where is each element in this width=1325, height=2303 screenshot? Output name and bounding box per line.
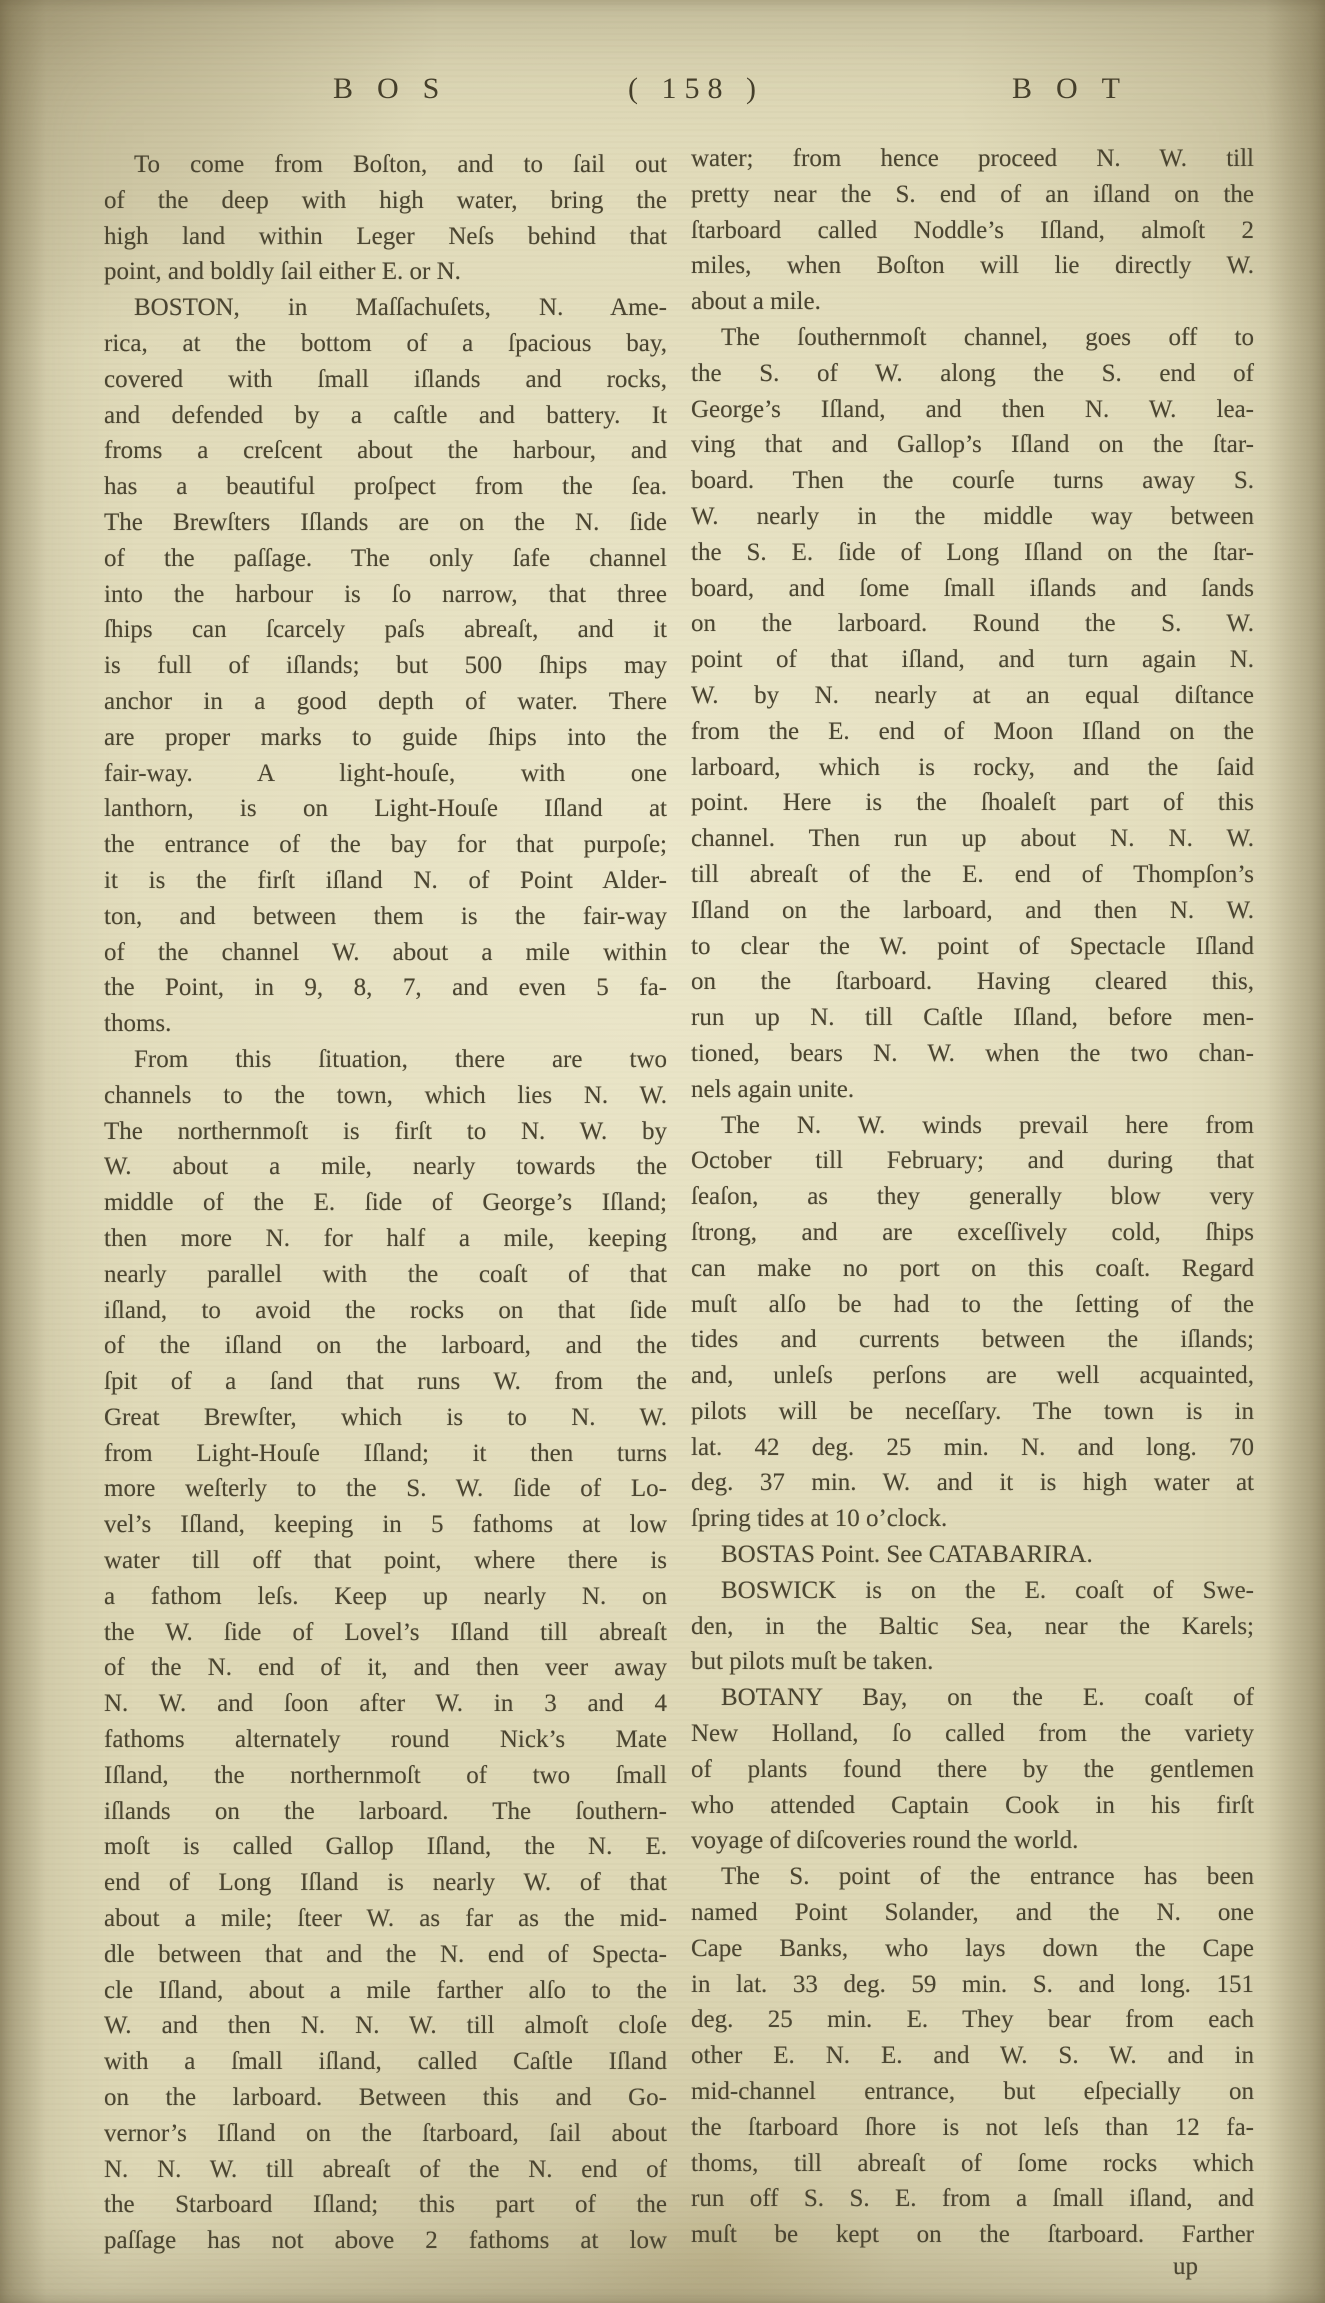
text-line: of the paſſage. The only ſafe channel <box>104 541 667 577</box>
text-line: of the channel W. about a mile within <box>104 935 667 971</box>
text-line: The ſouthernmoſt channel, goes off to <box>691 320 1254 356</box>
text-line: on the larboard. Round the S. W. <box>691 606 1254 642</box>
text-line: from the E. end of Moon Iſland on the <box>691 714 1254 750</box>
text-line: the S. of W. along the S. end of <box>691 356 1254 392</box>
text-line: water; from hence proceed N. W. till <box>691 141 1254 177</box>
text-line: pretty near the S. end of an iſland on t… <box>691 177 1254 213</box>
text-line: tides and currents between the iſlands; <box>691 1322 1254 1358</box>
text-line: who attended Captain Cook in his firſt <box>691 1788 1254 1824</box>
text-line: point. Here is the ſhoaleſt part of this <box>691 785 1254 821</box>
text-line: other E. N. E. and W. S. W. and in <box>691 2038 1254 2074</box>
text-line: it is the firſt iſland N. of Point Alder… <box>104 863 667 899</box>
book-page: BOS ( 158 ) BOT To come from Boſton, and… <box>0 0 1325 2303</box>
text-line: on the ſtarboard. Having cleared this, <box>691 964 1254 1000</box>
text-line: lanthorn, is on Light-Houſe Iſland at <box>104 791 667 827</box>
text-line: muſt alſo be had to the ſetting of the <box>691 1287 1254 1323</box>
text-line: about a mile. <box>691 284 1254 320</box>
text-line: W. and then N. N. W. till almoſt cloſe <box>104 2008 667 2044</box>
text-line: run off S. S. E. from a ſmall iſland, an… <box>691 2181 1254 2217</box>
text-line: The N. W. winds prevail here from <box>691 1108 1254 1144</box>
text-line: October till February; and during that <box>691 1143 1254 1179</box>
text-line: froms a creſcent about the harbour, and <box>104 433 667 469</box>
text-line: The Brewſters Iſlands are on the N. ſide <box>104 505 667 541</box>
text-line: lat. 42 deg. 25 min. N. and long. 70 <box>691 1430 1254 1466</box>
text-line: run up N. till Caſtle Iſland, before men… <box>691 1000 1254 1036</box>
text-line: and, unleſs perſons are well acquainted, <box>691 1358 1254 1394</box>
text-line: middle of the E. ſide of George’s Iſland… <box>104 1185 667 1221</box>
text-line: on the larboard. Between this and Go- <box>104 2080 667 2116</box>
text-line: BOSTAS Point. See CATABARIRA. <box>691 1537 1254 1573</box>
text-line: point of that iſland, and turn again N. <box>691 642 1254 678</box>
text-line: point, and boldly ſail either E. or N. <box>104 254 667 290</box>
text-line: more weſterly to the S. W. ſide of Lo- <box>104 1471 667 1507</box>
text-line: the Point, in 9, 8, 7, and even 5 fa- <box>104 970 667 1006</box>
text-line: high land within Leger Neſs behind that <box>104 219 667 255</box>
text-line: till abreaſt of the E. end of Thompſon’s <box>691 857 1254 893</box>
text-line: the entrance of the bay for that purpoſe… <box>104 827 667 863</box>
text-line: thoms, till abreaſt of ſome rocks which <box>691 2146 1254 2182</box>
text-line: W. about a mile, nearly towards the <box>104 1149 667 1185</box>
header-word-right: BOT <box>1012 72 1144 106</box>
text-line: BOSWICK is on the E. coaſt of Swe- <box>691 1573 1254 1609</box>
text-line: N. W. and ſoon after W. in 3 and 4 <box>104 1686 667 1722</box>
text-line: iſland, to avoid the rocks on that ſide <box>104 1293 667 1329</box>
text-line: muſt be kept on the ſtarboard. Farther <box>691 2217 1254 2253</box>
text-line: ſtarboard called Noddle’s Iſland, almoſt… <box>691 213 1254 249</box>
text-line: George’s Iſland, and then N. W. lea- <box>691 392 1254 428</box>
text-line: miles, when Boſton will lie directly W. <box>691 248 1254 284</box>
text-line: then more N. for half a mile, keeping <box>104 1221 667 1257</box>
text-line: of the deep with high water, bring the <box>104 183 667 219</box>
text-line: thoms. <box>104 1006 667 1042</box>
text-line: voyage of diſcoveries round the world. <box>691 1823 1254 1859</box>
text-line: ving that and Gallop’s Iſland on the ſta… <box>691 427 1254 463</box>
text-line: can make no port on this coaſt. Regard <box>691 1251 1254 1287</box>
text-line: ſhips can ſcarcely paſs abreaſt, and it <box>104 612 667 648</box>
text-line: with a ſmall iſland, called Caſtle Iſlan… <box>104 2044 667 2080</box>
text-line: deg. 37 min. W. and it is high water at <box>691 1465 1254 1501</box>
text-line: cle Iſland, about a mile farther alſo to… <box>104 1973 667 2009</box>
text-line: ton, and between them is the fair-way <box>104 899 667 935</box>
text-line: paſſage has not above 2 fathoms at low <box>104 2223 667 2259</box>
text-line: of the N. end of it, and then veer away <box>104 1650 667 1686</box>
text-line: Cape Banks, who lays down the Cape <box>691 1931 1254 1967</box>
text-line: The S. point of the entrance has been <box>691 1859 1254 1895</box>
text-line: ſpit of a ſand that runs W. from the <box>104 1364 667 1400</box>
text-line: but pilots muſt be taken. <box>691 1644 1254 1680</box>
text-line: dle between that and the N. end of Spect… <box>104 1937 667 1973</box>
text-line: water till off that point, where there i… <box>104 1543 667 1579</box>
text-line: named Point Solander, and the N. one <box>691 1895 1254 1931</box>
text-column-right: water; from hence proceed N. W. tillpret… <box>691 141 1254 2253</box>
catchword: up <box>691 2249 1254 2285</box>
text-line: anchor in a good depth of water. There <box>104 684 667 720</box>
text-line: end of Long Iſland is nearly W. of that <box>104 1865 667 1901</box>
text-line: has a beautiful proſpect from the ſea. <box>104 469 667 505</box>
text-line: board, and ſome ſmall iſlands and ſands <box>691 571 1254 607</box>
text-line: channels to the town, which lies N. W. <box>104 1078 667 1114</box>
text-line: W. nearly in the middle way between <box>691 499 1254 535</box>
text-line: iſlands on the larboard. The ſouthern- <box>104 1794 667 1830</box>
text-line: fathoms alternately round Nick’s Mate <box>104 1722 667 1758</box>
text-line: mid-channel entrance, but eſpecially on <box>691 2074 1254 2110</box>
text-line: larboard, which is rocky, and the ſaid <box>691 750 1254 786</box>
text-line: W. by N. nearly at an equal diſtance <box>691 678 1254 714</box>
text-line: fair-way. A light-houſe, with one <box>104 756 667 792</box>
text-line: of the iſland on the larboard, and the <box>104 1328 667 1364</box>
text-line: board. Then the courſe turns away S. <box>691 463 1254 499</box>
text-line: the W. ſide of Lovel’s Iſland till abrea… <box>104 1615 667 1651</box>
text-line: Great Brewſter, which is to N. W. <box>104 1400 667 1436</box>
text-line: The northernmoſt is firſt to N. W. by <box>104 1114 667 1150</box>
text-line: BOSTON, in Maſſachuſets, N. Ame- <box>104 290 667 326</box>
header-word-left: BOS <box>333 72 463 106</box>
text-line: in lat. 33 deg. 59 min. S. and long. 151 <box>691 1967 1254 2003</box>
text-line: tioned, bears N. W. when the two chan- <box>691 1036 1254 1072</box>
text-line: BOTANY Bay, on the E. coaſt of <box>691 1680 1254 1716</box>
text-line: into the harbour is ſo narrow, that thre… <box>104 577 667 613</box>
text-line: To come from Boſton, and to ſail out <box>104 147 667 183</box>
text-line: is full of iſlands; but 500 ſhips may <box>104 648 667 684</box>
text-line: Iſland on the larboard, and then N. W. <box>691 893 1254 929</box>
text-line: vernor’s Iſland on the ſtarboard, ſail a… <box>104 2116 667 2152</box>
text-line: den, in the Baltic Sea, near the Karels; <box>691 1609 1254 1645</box>
text-line: the ſtarboard ſhore is not leſs than 12 … <box>691 2110 1254 2146</box>
text-line: ſeaſon, as they generally blow very <box>691 1179 1254 1215</box>
text-line: Iſland, the northernmoſt of two ſmall <box>104 1758 667 1794</box>
page-number: ( 158 ) <box>628 72 764 106</box>
text-line: pilots will be neceſſary. The town is in <box>691 1394 1254 1430</box>
text-line: vel’s Iſland, keeping in 5 fathoms at lo… <box>104 1507 667 1543</box>
text-column-left: To come from Boſton, and to ſail outof t… <box>104 147 667 2259</box>
text-line: from Light-Houſe Iſland; it then turns <box>104 1436 667 1472</box>
text-line: ſtrong, and are exceſſively cold, ſhips <box>691 1215 1254 1251</box>
text-line: From this ſituation, there are two <box>104 1042 667 1078</box>
text-line: N. N. W. till abreaſt of the N. end of <box>104 2152 667 2188</box>
text-line: covered with ſmall iſlands and rocks, <box>104 362 667 398</box>
text-line: the Starboard Iſland; this part of the <box>104 2187 667 2223</box>
text-line: the S. E. ſide of Long Iſland on the ſta… <box>691 535 1254 571</box>
text-line: channel. Then run up about N. N. W. <box>691 821 1254 857</box>
text-line: a fathom leſs. Keep up nearly N. on <box>104 1579 667 1615</box>
text-line: deg. 25 min. E. They bear from each <box>691 2002 1254 2038</box>
text-line: New Holland, ſo called from the variety <box>691 1716 1254 1752</box>
text-line: of plants found there by the gentlemen <box>691 1752 1254 1788</box>
text-line: nels again unite. <box>691 1072 1254 1108</box>
text-line: nearly parallel with the coaſt of that <box>104 1257 667 1293</box>
text-line: are proper marks to guide ſhips into the <box>104 720 667 756</box>
text-line: and defended by a caſtle and battery. It <box>104 398 667 434</box>
text-line: to clear the W. point of Spectacle Iſlan… <box>691 929 1254 965</box>
text-line: about a mile; ſteer W. as far as the mid… <box>104 1901 667 1937</box>
text-line: moſt is called Gallop Iſland, the N. E. <box>104 1829 667 1865</box>
text-line: rica, at the bottom of a ſpacious bay, <box>104 326 667 362</box>
text-line: ſpring tides at 10 o’clock. <box>691 1501 1254 1537</box>
